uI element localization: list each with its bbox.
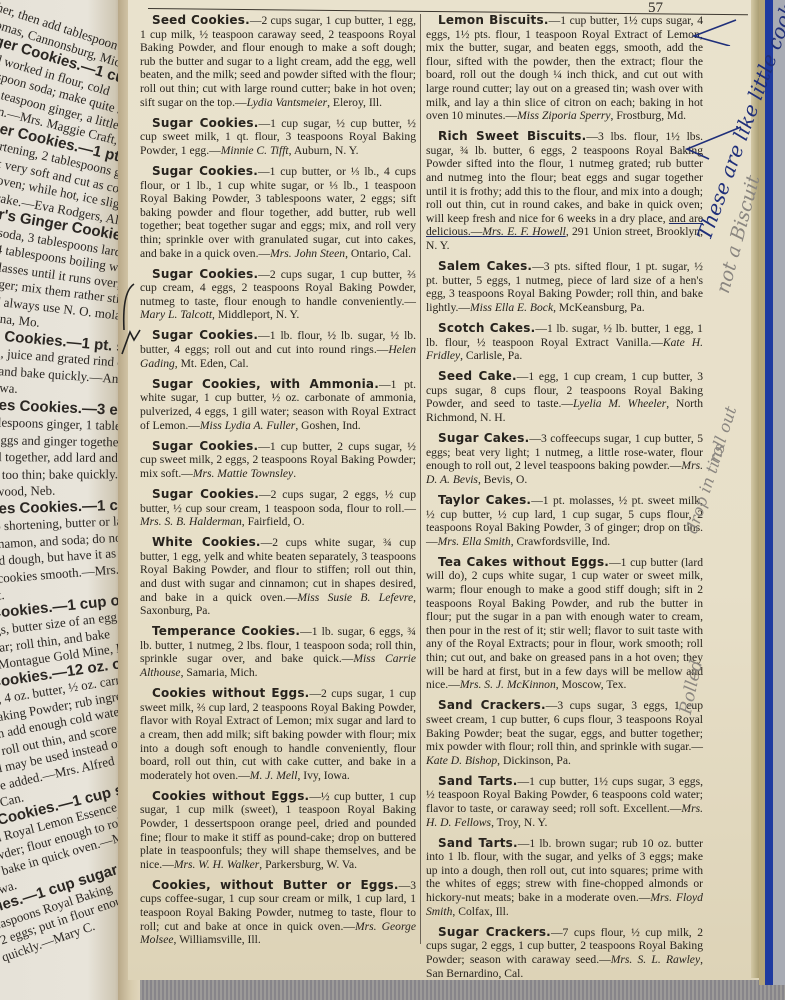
- recipe-place: , Ivy, Iowa.: [297, 769, 349, 782]
- recipe-title: Sugar Cakes.: [438, 431, 529, 445]
- recipe-author: Mrs. S. L. Rawley: [611, 953, 700, 966]
- recipe-entry: Temperance Cookies.—1 lb. sugar, 6 eggs,…: [140, 625, 416, 679]
- recipe-author: M. J. Mell: [250, 769, 298, 782]
- left-page-line: not too thin; bake quickly.—: [0, 466, 125, 482]
- recipe-entry: Sugar Cookies, with Ammonia.—1 pt. white…: [140, 378, 416, 432]
- recipe-title: Sugar Cookies.: [152, 487, 259, 501]
- recipe-title: Lemon Biscuits.: [438, 13, 549, 27]
- recipe-entry: White Cookies.—2 cups white sugar, ¾ cup…: [140, 536, 416, 618]
- recipe-entry: Sugar Cookies.—1 lb. flour, ½ lb. sugar,…: [140, 329, 416, 370]
- recipe-entry: Sugar Cookies.—1 cup butter, 2 cups suga…: [140, 440, 416, 481]
- recipe-author: Miss Susie B. Lefevre: [297, 591, 413, 604]
- recipe-title: Sugar Cookies.: [152, 267, 258, 281]
- recipe-title: Taylor Cakes.: [438, 493, 531, 507]
- ink-tick-icon: [120, 326, 142, 356]
- recipe-author: Mrs. John Steen: [270, 247, 345, 260]
- ink-bracket-icon: [118, 282, 138, 332]
- recipe-author: Lyelia M. Wheeler: [573, 397, 666, 410]
- recipe-body: —1 cup butter, or ⅓ lb., 4 cups flour, o…: [140, 165, 416, 260]
- recipe-author: Mrs. S. B. Halderman: [140, 515, 242, 528]
- recipe-title: Scotch Cakes.: [438, 321, 535, 335]
- recipe-entry: Sand Crackers.—3 cups sugar, 3 eggs, 1 c…: [426, 699, 703, 767]
- recipe-author: Minnie C. Tifft: [221, 144, 289, 157]
- recipe-place: , Mt. Eden, Cal.: [175, 357, 249, 370]
- recipe-body: —3 lbs. flour, 1½ lbs. sugar, ¾ lb. butt…: [426, 130, 703, 225]
- recipe-author: Mrs. W. H. Walker: [174, 858, 259, 871]
- recipe-place: , Crawfordsville, Ind.: [511, 535, 611, 548]
- recipe-entry: Seed Cookies.—2 cups sugar, 1 cup butter…: [140, 14, 416, 109]
- recipe-author: Mrs. Ella Smith: [438, 535, 511, 548]
- recipe-place: , Moscow, Tex.: [556, 678, 627, 691]
- left-page-line: tablespoons ginger, 1 tablespoon: [0, 414, 125, 434]
- recipe-body: —1 cup butter (lard will do), 2 cups whi…: [426, 556, 703, 691]
- right-page: 57 Seed Cookies.—2 cups sugar, 1 cup but…: [128, 0, 760, 980]
- recipe-entry: Cookies without Eggs.—½ cup butter, 1 cu…: [140, 790, 416, 872]
- recipe-title: Sugar Cookies.: [152, 116, 258, 130]
- recipe-entry: Cookies, without Butter or Eggs.—3 cups …: [140, 879, 416, 947]
- recipe-place: , Frostburg, Md.: [611, 109, 686, 122]
- recipe-entry: Sugar Crackers.—7 cups flour, ½ cup milk…: [426, 926, 703, 980]
- recipe-author: Mary L. Talcott: [140, 308, 212, 321]
- recipe-author: Mrs. Mattie Townsley: [193, 467, 293, 480]
- recipe-author: Lydia Vantsmeier: [247, 96, 327, 109]
- recipe-author: Mrs. S. J. McKinnon: [460, 678, 556, 691]
- recipe-title: Sugar Cookies, with Ammonia.: [152, 377, 379, 391]
- recipe-title: Cookies without Eggs.: [152, 789, 309, 803]
- recipe-author: Kate D. Bishop: [426, 754, 497, 767]
- recipe-title: Rich Sweet Biscuits.: [438, 129, 586, 143]
- recipe-author: Mrs. E. F. Howell: [482, 225, 565, 238]
- recipe-place: , Samaria, Mich.: [181, 666, 258, 679]
- recipe-body: —2 cups sugar, 1 cup butter, 1 egg, 1 cu…: [140, 14, 416, 109]
- recipe-entry: Lemon Biscuits.—1 cup butter, 1½ cups su…: [426, 14, 703, 123]
- recipe-place: , Williamsville, Ill.: [173, 933, 260, 946]
- recipe-author: Miss Ziporia Sperry: [517, 109, 610, 122]
- recipe-title: Sugar Cookies.: [152, 164, 258, 178]
- recipe-entry: Sugar Cookies.—2 cups sugar, 1 cup butte…: [140, 268, 416, 322]
- recipe-entry: Sugar Cakes.—3 coffeecups sugar, 1 cup b…: [426, 432, 703, 486]
- recipe-place: , Middleport, N. Y.: [212, 308, 299, 321]
- recipe-title: Temperance Cookies.: [152, 624, 300, 638]
- left-page-line: t all together, add lard and flour: [0, 449, 125, 466]
- recipe-entry: Sugar Cookies.—2 cups sugar, 2 eggs, ½ c…: [140, 488, 416, 529]
- recipe-author: Miss Ella E. Bock: [470, 301, 553, 314]
- recipe-place: , Ontario, Cal.: [345, 247, 411, 260]
- recipe-title: Sugar Cookies.: [152, 328, 258, 342]
- recipe-place: , Bevis, O.: [478, 473, 527, 486]
- recipe-title: Seed Cookies.: [152, 13, 250, 27]
- left-page-text: gether, then add tablespoon gingerThomas…: [0, 0, 125, 972]
- recipe-title: Cookies without Eggs.: [152, 686, 309, 700]
- recipe-place: , Goshen, Ind.: [295, 419, 360, 432]
- recipe-author: Miss Lydia A. Fuller: [200, 419, 295, 432]
- recipe-place: , Parkersburg, W. Va.: [259, 858, 357, 871]
- recipe-title: Cookies, without Butter or Eggs.: [152, 878, 399, 892]
- recipe-entry: Tea Cakes without Eggs.—1 cup butter (la…: [426, 556, 703, 692]
- recipe-place: , Colfax, Ill.: [452, 905, 508, 918]
- recipe-column-left: Seed Cookies.—2 cups sugar, 1 cup butter…: [140, 14, 416, 954]
- recipe-title: Seed Cake.: [438, 369, 517, 383]
- recipe-place: , Eleroy, Ill.: [327, 96, 382, 109]
- recipe-place: , Troy, N. Y.: [491, 816, 547, 829]
- recipe-place: , Fairfield, O.: [242, 515, 305, 528]
- recipe-entry: Sand Tarts.—1 lb. brown sugar; rub 10 oz…: [426, 837, 703, 919]
- book-cover-edge: [759, 0, 785, 985]
- left-page-line: at eggs and ginger together, stir: [0, 432, 125, 450]
- recipe-title: Salem Cakes.: [438, 259, 532, 273]
- ink-arrow-icon: [690, 16, 740, 46]
- recipe-place: , Auburn, N. Y.: [289, 144, 359, 157]
- recipe-entry: Cookies without Eggs.—2 cups sugar, 1 cu…: [140, 687, 416, 782]
- recipe-place: , Dickinson, Pa.: [497, 754, 571, 767]
- recipe-entry: Scotch Cakes.—1 lb. sugar, ½ lb. butter,…: [426, 322, 703, 363]
- recipe-entry: Sand Tarts.—1 cup butter, 1½ cups sugar,…: [426, 775, 703, 829]
- left-page: gether, then add tablespoon gingerThomas…: [0, 0, 125, 1000]
- recipe-entry: Sugar Cookies.—1 cup sugar, ½ cup butter…: [140, 117, 416, 158]
- recipe-place: , McKeansburg, Pa.: [553, 301, 645, 314]
- recipe-body: —2 cups sugar, 1 cup sweet milk, ⅔ cup l…: [140, 687, 416, 782]
- recipe-entry: Rich Sweet Biscuits.—3 lbs. flour, 1½ lb…: [426, 130, 703, 252]
- recipe-title: Sugar Cookies.: [152, 439, 258, 453]
- recipe-title: Sand Tarts.: [438, 836, 518, 850]
- recipe-title: Sugar Crackers.: [438, 925, 551, 939]
- recipe-place: .: [293, 467, 296, 480]
- recipe-body: —1 cup butter, 1½ cups sugar, 4 eggs, 1½…: [426, 14, 703, 122]
- recipe-entry: Salem Cakes.—3 pts. sifted flour, 1 pt. …: [426, 260, 703, 314]
- recipe-title: Sand Crackers.: [438, 698, 546, 712]
- recipe-title: Tea Cakes without Eggs.: [438, 555, 609, 569]
- recipe-title: White Cookies.: [152, 535, 261, 549]
- recipe-place: , Carlisle, Pa.: [460, 349, 522, 362]
- column-divider: [420, 14, 421, 944]
- recipe-entry: Sugar Cookies.—1 cup butter, or ⅓ lb., 4…: [140, 165, 416, 260]
- recipe-entry: Seed Cake.—1 egg, 1 cup cream, 1 cup but…: [426, 370, 703, 424]
- recipe-column-right: Lemon Biscuits.—1 cup butter, 1½ cups su…: [426, 14, 703, 988]
- recipe-entry: Taylor Cakes.—1 pt. molasses, ½ pt. swee…: [426, 494, 703, 548]
- recipe-title: Sand Tarts.: [438, 774, 518, 788]
